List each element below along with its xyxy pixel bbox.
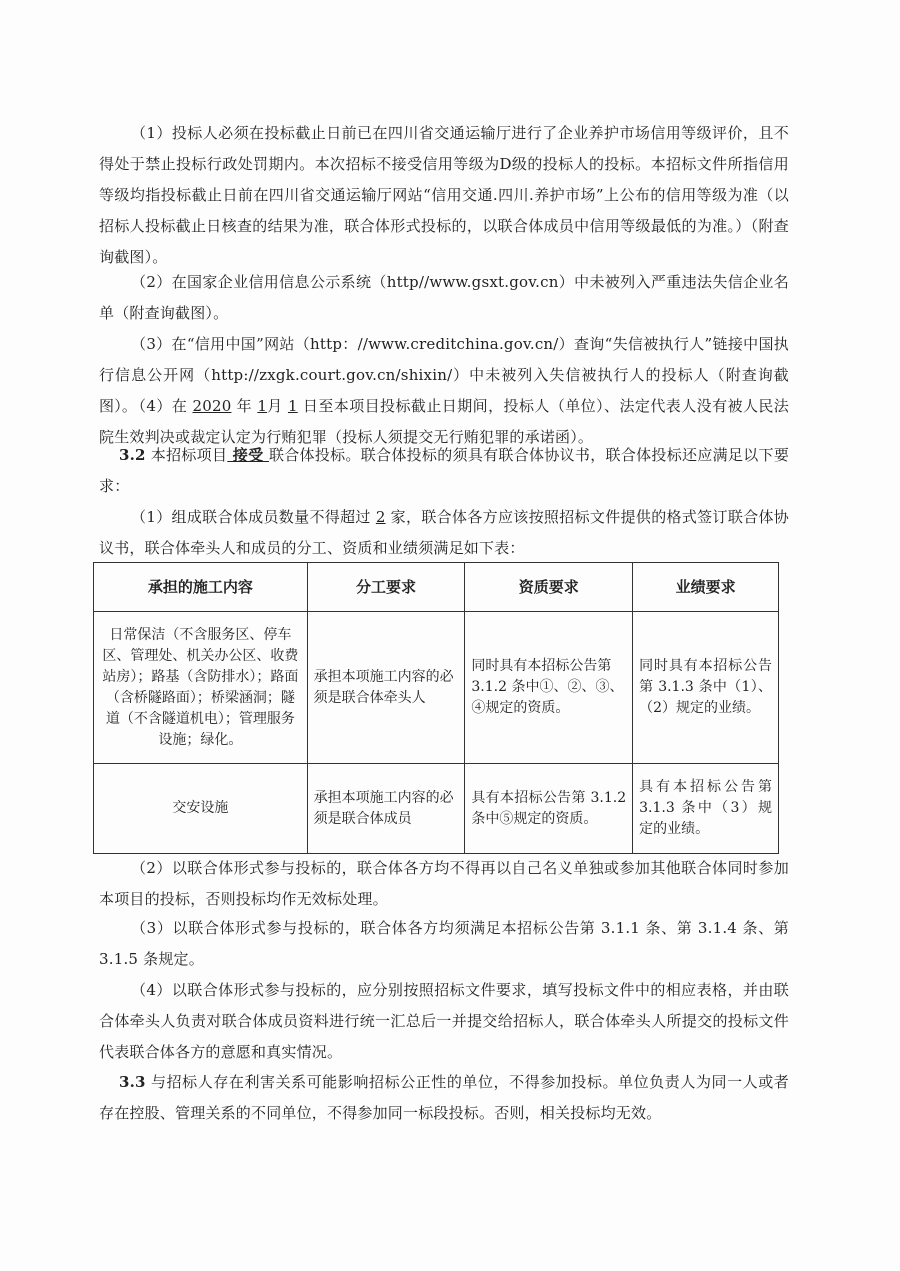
section-number: 3.2	[99, 446, 146, 464]
cell-division: 承担本项施工内容的必须是联合体成员	[307, 764, 465, 854]
section-number: 3.3	[99, 1073, 146, 1091]
paragraph-text: （3）以联合体形式参与投标的，联合体各方均须满足本招标公告第 3.1.1 条、第…	[99, 919, 789, 968]
paragraph-consortium-members: （1）组成联合体成员数量不得超过 2 家，联合体各方应该按照招标文件提供的格式签…	[99, 502, 789, 564]
table-row: 日常保洁（不含服务区、停车区、管理处、机关办公区、收费站房）；路基（含防排水）；…	[94, 612, 779, 764]
paragraph-text: （2）以联合体形式参与投标的，联合体各方均不得再以自己名义单独或参加其他联合体同…	[99, 859, 789, 908]
member-count: 2	[376, 508, 386, 526]
paragraph-text: （4）以联合体形式参与投标的，应分别按照招标文件要求，填写投标文件中的相应表格，…	[99, 981, 789, 1061]
cell-performance: 同时具有本招标公告第 3.1.3 条中（1）、（2）规定的业绩。	[633, 612, 779, 764]
paragraph-text: 与招标人存在利害关系可能影响招标公正性的单位，不得参加投标。单位负责人为同一人或…	[99, 1073, 789, 1122]
paragraph-credit-rating: （1）投标人必须在投标截止日前已在四川省交通运输厅进行了企业养护市场信用等级评价…	[99, 118, 789, 273]
paragraph-text: （2）在国家企业信用信息公示系统（http//www.gsxt.gov.cn）中…	[99, 273, 789, 322]
paragraph-gsxt: （2）在国家企业信用信息公示系统（http//www.gsxt.gov.cn）中…	[99, 267, 789, 329]
paragraph-no-separate-bid: （2）以联合体形式参与投标的，联合体各方均不得再以自己名义单独或参加其他联合体同…	[99, 853, 789, 915]
year-value: 2020	[192, 397, 231, 415]
cell-performance: 具有本招标公告第 3.1.3 条中（3）规定的业绩。	[633, 764, 779, 854]
header-work-content: 承担的施工内容	[94, 563, 308, 612]
paragraph-text: 月	[267, 397, 288, 415]
paragraph-text: （1）投标人必须在投标截止日前已在四川省交通运输厅进行了企业养护市场信用等级评价…	[99, 124, 789, 266]
month-value: 1	[257, 397, 267, 415]
header-qualification: 资质要求	[465, 563, 633, 612]
paragraph-text: 年	[231, 397, 257, 415]
paragraph-consortium-conditions: （3）以联合体形式参与投标的，联合体各方均须满足本招标公告第 3.1.1 条、第…	[99, 913, 789, 975]
table-row: 交安设施 承担本项施工内容的必须是联合体成员 具有本招标公告第 3.1.2 条中…	[94, 764, 779, 854]
cell-division: 承担本项施工内容的必须是联合体牵头人	[307, 612, 465, 764]
table-header-row: 承担的施工内容 分工要求 资质要求 业绩要求	[94, 563, 779, 612]
paragraph-text: 本招标项目	[146, 446, 228, 464]
header-performance: 业绩要求	[633, 563, 779, 612]
header-division: 分工要求	[307, 563, 465, 612]
cell-work-content: 交安设施	[94, 764, 308, 854]
paragraph-consortium-forms: （4）以联合体形式参与投标的，应分别按照招标文件要求，填写投标文件中的相应表格，…	[99, 975, 789, 1068]
cell-qualification: 具有本招标公告第 3.1.2 条中⑤规定的资质。	[465, 764, 633, 854]
cell-work-content: 日常保洁（不含服务区、停车区、管理处、机关办公区、收费站房）；路基（含防排水）；…	[94, 612, 308, 764]
day-value: 1	[288, 397, 298, 415]
cell-qualification: 同时具有本招标公告第 3.1.2 条中①、②、③、④规定的资质。	[465, 612, 633, 764]
paragraph-text: （1）组成联合体成员数量不得超过	[99, 508, 376, 526]
accept-value: 接受	[227, 446, 269, 464]
paragraph-text: （4）在	[99, 397, 192, 415]
section-3-2: 3.2 本招标项目 接受 联合体投标。联合体投标的须具有联合体协议书，联合体投标…	[99, 440, 789, 502]
consortium-requirements-table: 承担的施工内容 分工要求 资质要求 业绩要求 日常保洁（不含服务区、停车区、管理…	[93, 562, 779, 854]
section-3-3: 3.3 与招标人存在利害关系可能影响招标公正性的单位，不得参加投标。单位负责人为…	[99, 1067, 789, 1129]
document-page: （1）投标人必须在投标截止日前已在四川省交通运输厅进行了企业养护市场信用等级评价…	[0, 0, 900, 1271]
